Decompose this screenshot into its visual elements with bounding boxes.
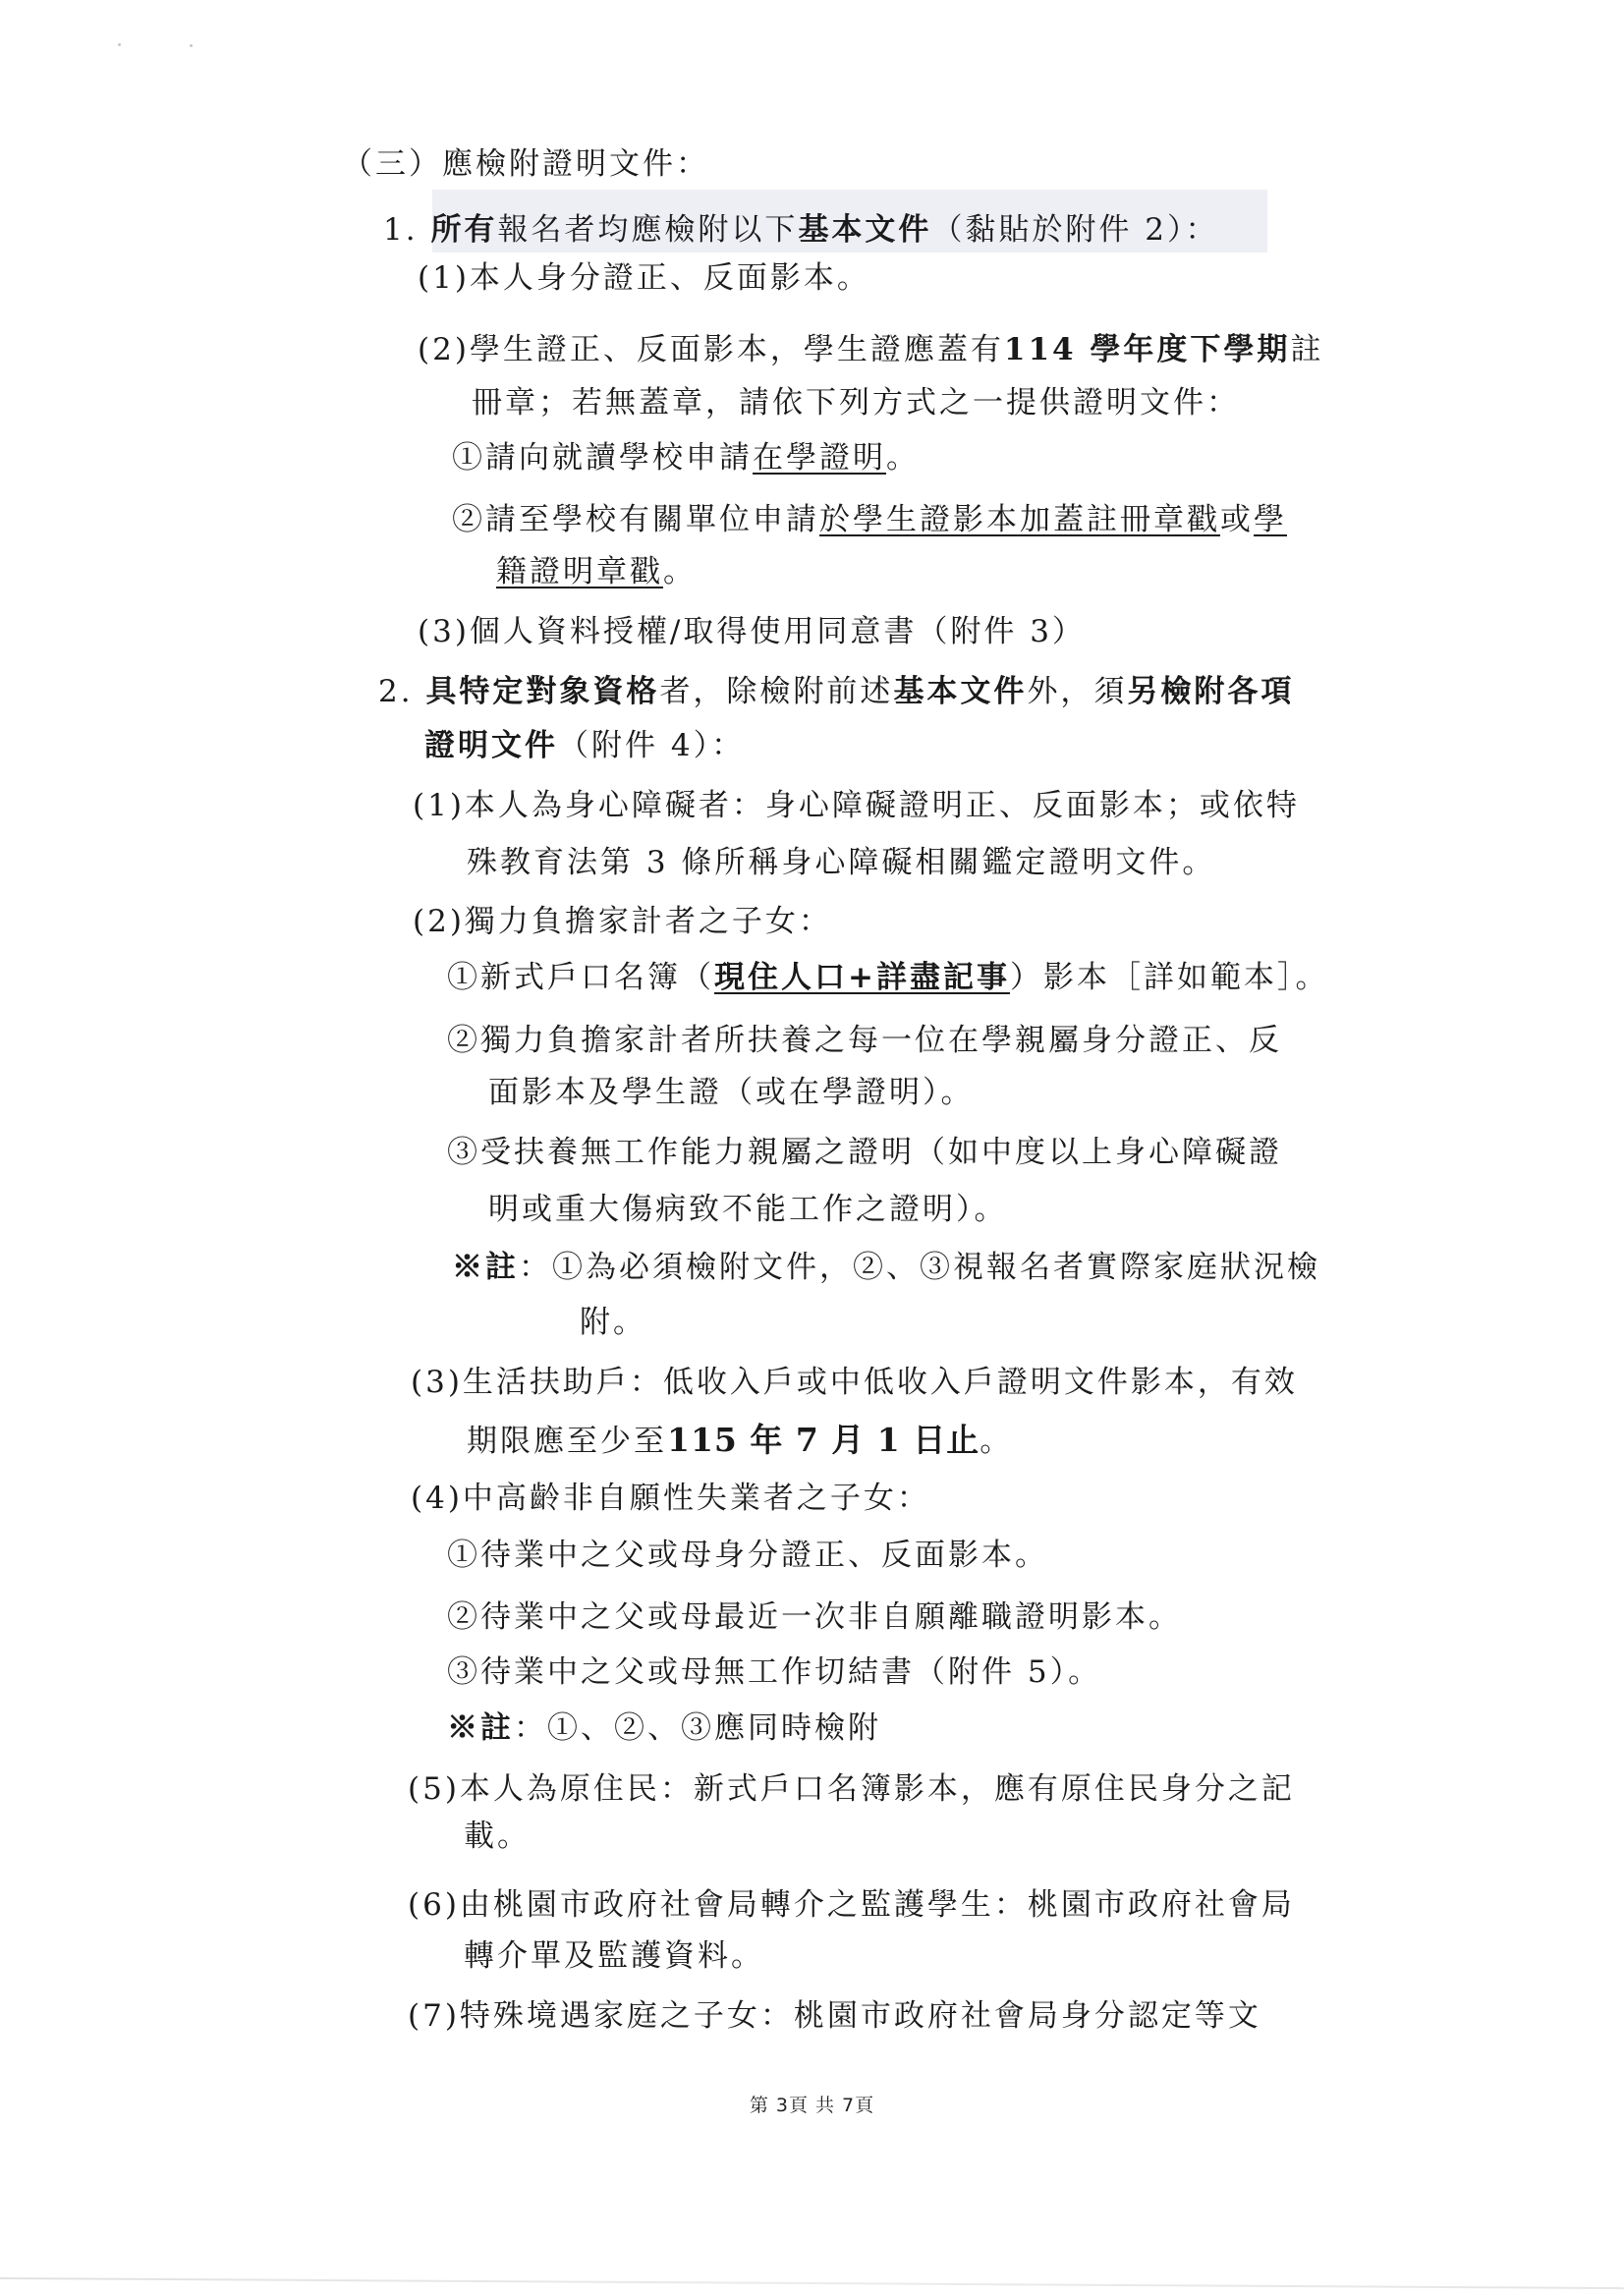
text-line: ②請至學校有關單位申請於學生證影本加蓋註冊章戳或學 (452, 500, 1287, 539)
text-segment: ③受扶養無工作能力親屬之證明（如中度以上身心障礙證 (447, 1135, 1282, 1170)
text-segment: ①新式戶口名簿（ (447, 960, 714, 995)
text-segment: 2. (378, 674, 425, 709)
text-line: (3)個人資料授權/取得使用同意書（附件 3） (418, 612, 1086, 651)
text-line: ①請向就讀學校申請在學證明。 (452, 438, 920, 477)
text-segment: 載。 (464, 1819, 531, 1854)
text-segment: 外，須 (1027, 674, 1127, 709)
text-segment: 114 學年度下學期 (1004, 332, 1291, 367)
text-segment: 基本文件 (893, 674, 1027, 709)
text-segment: （附件 4）： (558, 728, 745, 763)
text-line: 殊教育法第 3 條所稱身心障礙相關鑑定證明文件。 (467, 843, 1215, 882)
text-line: 1. 所有報名者均應檢附以下基本文件（黏貼於附件 2）： (383, 210, 1219, 250)
text-line: 載。 (464, 1817, 531, 1856)
text-line: ②獨力負擔家計者所扶養之每一位在學親屬身分證正、反 (447, 1021, 1282, 1060)
text-segment: 基本文件 (798, 212, 931, 248)
text-line: ①新式戶口名簿（現住人口+詳盡記事）影本［詳如範本］。 (447, 958, 1328, 997)
text-segment: (5)本人為原住民：新式戶口名簿影本，應有原住民身分之記 (408, 1771, 1295, 1807)
text-segment: 證明文件 (424, 728, 558, 763)
text-segment: 學 (1254, 502, 1287, 537)
text-line: (6)由桃園市政府社會局轉介之監護學生：桃園市政府社會局 (408, 1885, 1295, 1925)
text-segment: 。 (663, 554, 697, 589)
text-segment: 面影本及學生證（或在學證明）。 (488, 1075, 975, 1110)
text-line: ③受扶養無工作能力親屬之證明（如中度以上身心障礙證 (447, 1133, 1282, 1172)
text-segment: 1. (383, 212, 430, 248)
text-segment: ③待業中之父或母無工作切結書（附件 5）。 (447, 1654, 1101, 1690)
text-segment: (3)個人資料授權/取得使用同意書（附件 3） (418, 614, 1086, 649)
text-segment: （三）應檢附證明文件： (342, 146, 709, 182)
text-segment: （黏貼於附件 2）： (931, 212, 1218, 248)
text-segment: ※註 (452, 1250, 519, 1285)
text-segment: (2)獨力負擔家計者之子女： (413, 904, 832, 939)
text-segment: ）影本［詳如範本］。 (1010, 960, 1329, 995)
text-line: ②待業中之父或母最近一次非自願離職證明影本。 (447, 1597, 1182, 1637)
text-line: 期限應至少至115 年 7 月 1 日止。 (467, 1421, 1013, 1460)
text-line: ※註：①、②、③應同時檢附 (447, 1708, 881, 1748)
text-segment: 籍證明章戳 (496, 554, 663, 589)
text-segment: 現住人口+詳盡記事 (714, 960, 1010, 995)
text-line: (1)本人身分證正、反面影本。 (418, 258, 870, 298)
text-segment: 另檢附各項 (1127, 674, 1294, 709)
text-segment: 在學證明 (753, 440, 886, 476)
text-line: (7)特殊境遇家庭之子女：桃園市政府社會局身分認定等文 (408, 1996, 1261, 2036)
text-segment: ①請向就讀學校申請 (452, 440, 753, 476)
text-line: 轉介單及監護資料。 (464, 1936, 764, 1976)
text-segment: ：①為必須檢附文件，②、③視報名者實際家庭狀況檢 (519, 1250, 1320, 1285)
text-segment: 報名者均應檢附以下 (497, 212, 798, 248)
scan-speck (190, 44, 193, 47)
text-line: ③待業中之父或母無工作切結書（附件 5）。 (447, 1652, 1101, 1692)
scan-speck (118, 43, 121, 46)
text-segment: 或 (1220, 502, 1254, 537)
text-segment: ②請至學校有關單位申請 (452, 502, 819, 537)
text-segment: 殊教育法第 3 條所稱身心障礙相關鑑定證明文件。 (467, 845, 1215, 880)
text-segment: (3)生活扶助戶：低收入戶或中低收入戶證明文件影本，有效 (411, 1365, 1298, 1400)
text-segment: (6)由桃園市政府社會局轉介之監護學生：桃園市政府社會局 (408, 1887, 1295, 1923)
text-line: (4)中高齡非自願性失業者之子女： (411, 1479, 930, 1518)
text-segment: 者，除檢附前述 (659, 674, 893, 709)
text-segment: (1)本人為身心障礙者：身心障礙證明正、反面影本；或依特 (413, 788, 1300, 823)
text-segment: 轉介單及監護資料。 (464, 1938, 764, 1974)
text-segment: ①待業中之父或母身分證正、反面影本。 (447, 1538, 1048, 1573)
text-line: （三）應檢附證明文件： (342, 144, 709, 184)
text-segment: ：①、②、③應同時檢附 (514, 1710, 881, 1746)
text-line: 面影本及學生證（或在學證明）。 (488, 1073, 975, 1112)
text-line: 2. 具特定對象資格者，除檢附前述基本文件外，須另檢附各項 (378, 672, 1294, 711)
text-line: (1)本人為身心障礙者：身心障礙證明正、反面影本；或依特 (413, 786, 1300, 825)
text-segment: 註 (1290, 332, 1323, 367)
text-segment: 附。 (580, 1305, 646, 1340)
text-line: ※註：①為必須檢附文件，②、③視報名者實際家庭狀況檢 (452, 1248, 1320, 1287)
text-segment: (1)本人身分證正、反面影本。 (418, 260, 870, 296)
text-line: ①待業中之父或母身分證正、反面影本。 (447, 1536, 1048, 1575)
text-segment: ②獨力負擔家計者所扶養之每一位在學親屬身分證正、反 (447, 1023, 1282, 1058)
text-segment: 明或重大傷病致不能工作之證明）。 (488, 1192, 1008, 1227)
text-segment: 115 年 7 月 1 日止 (667, 1421, 980, 1459)
text-segment: ※註 (447, 1710, 514, 1746)
text-line: (5)本人為原住民：新式戶口名簿影本，應有原住民身分之記 (408, 1769, 1295, 1809)
text-segment: (4)中高齡非自願性失業者之子女： (411, 1481, 930, 1516)
text-line: 明或重大傷病致不能工作之證明）。 (488, 1190, 1008, 1229)
text-line: 籍證明章戳。 (496, 552, 697, 591)
text-line: 冊章；若無蓋章，請依下列方式之一提供證明文件： (472, 383, 1240, 422)
text-segment: ②待業中之父或母最近一次非自願離職證明影本。 (447, 1599, 1182, 1635)
text-line: 附。 (580, 1303, 646, 1342)
text-line: (2)獨力負擔家計者之子女： (413, 902, 832, 941)
text-segment: 冊章；若無蓋章，請依下列方式之一提供證明文件： (472, 385, 1240, 420)
document-page: （三）應檢附證明文件：1. 所有報名者均應檢附以下基本文件（黏貼於附件 2）：(… (0, 0, 1624, 2296)
text-segment: 。 (980, 1424, 1013, 1459)
text-line: 證明文件（附件 4）： (424, 726, 745, 765)
text-segment: 所有 (430, 212, 497, 248)
text-segment: 具特定對象資格 (425, 674, 659, 709)
text-line: (3)生活扶助戶：低收入戶或中低收入戶證明文件影本，有效 (411, 1363, 1298, 1402)
scan-artifact-line (0, 2277, 1624, 2289)
text-segment: (2)學生證正、反面影本，學生證應蓋有 (418, 332, 1004, 367)
text-segment: 期限應至少至 (467, 1424, 667, 1459)
text-segment: (7)特殊境遇家庭之子女：桃園市政府社會局身分認定等文 (408, 1998, 1261, 2034)
page-number-footer: 第 3頁 共 7頁 (0, 2091, 1624, 2117)
text-segment: 。 (886, 440, 920, 476)
text-line: (2)學生證正、反面影本，學生證應蓋有114 學年度下學期註 (418, 330, 1323, 369)
text-segment: 於學生證影本加蓋註冊章戳 (819, 502, 1220, 537)
